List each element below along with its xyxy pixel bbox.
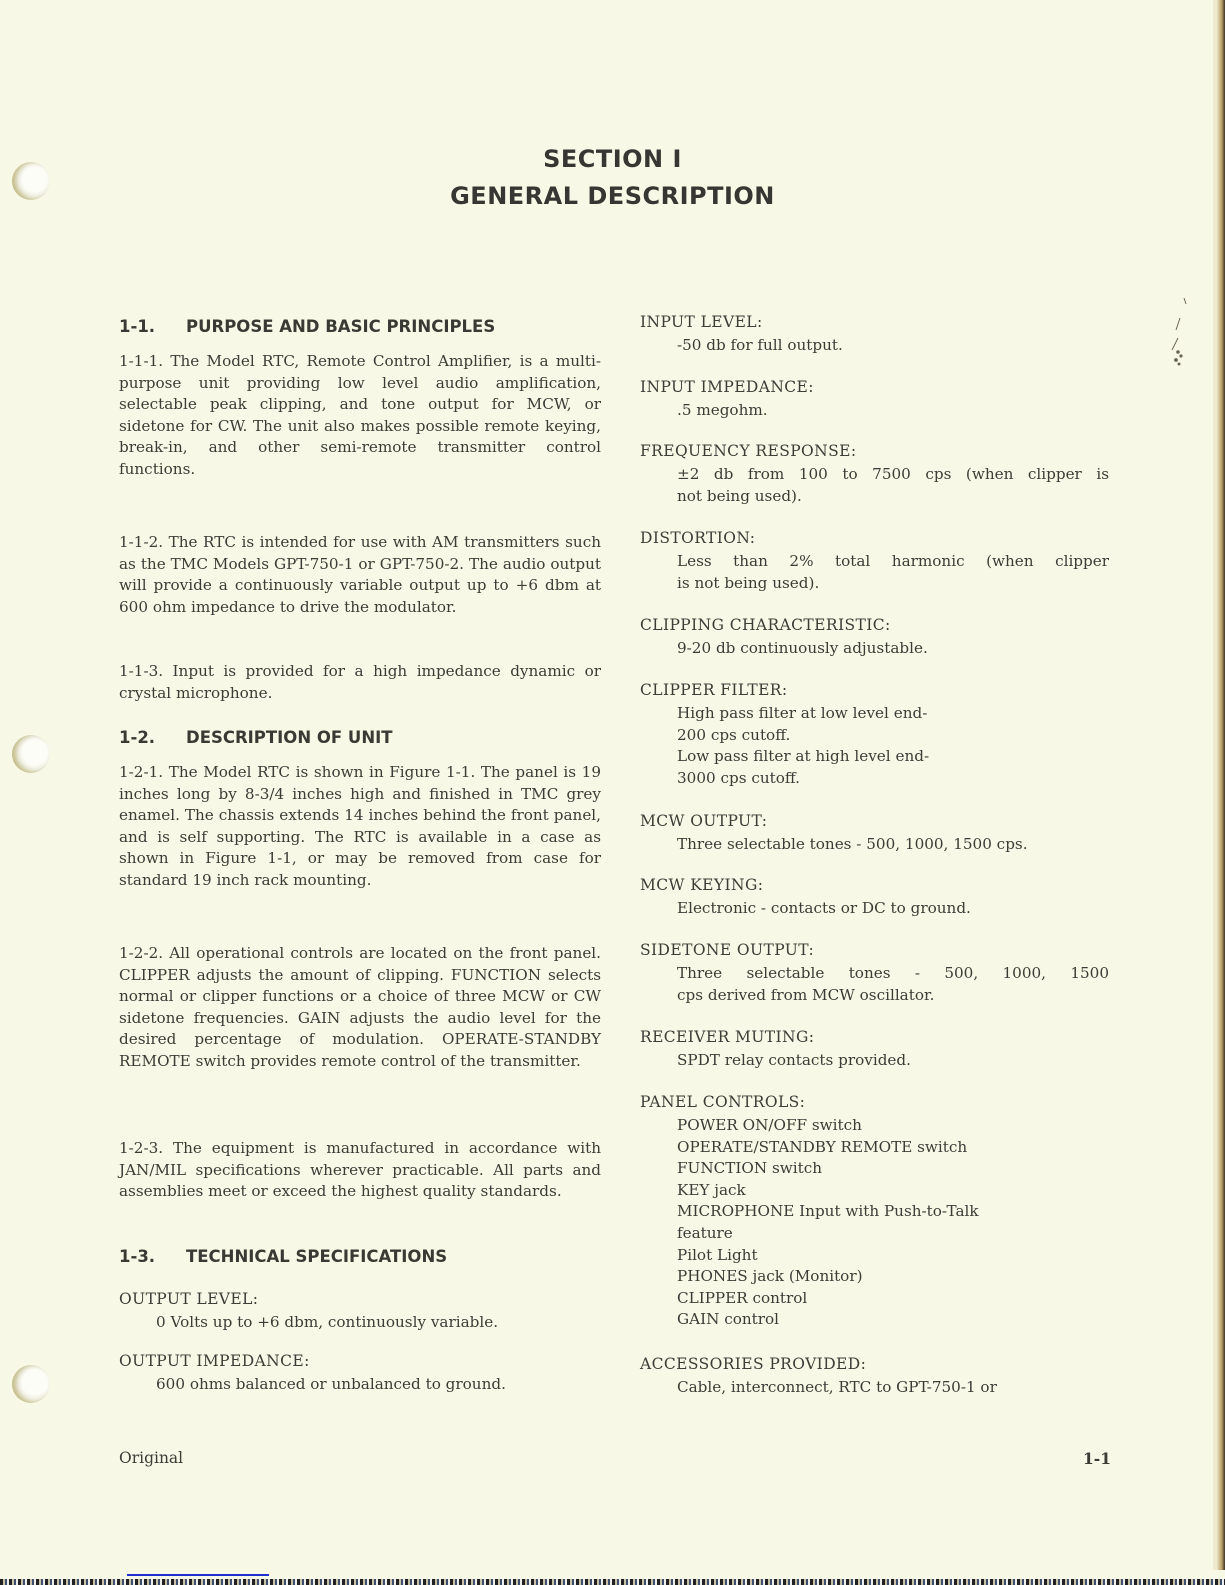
spec-value-line: 3000 cps cutoff.: [677, 768, 1117, 790]
spec-label: CLIPPING CHARACTERISTIC:: [640, 616, 891, 634]
paragraph-1-1-3: 1-1-3. Input is provided for a high impe…: [119, 661, 601, 704]
spec-value: -50 db for full output.: [677, 335, 1117, 357]
binder-hole-middle: [12, 735, 50, 773]
spec-value-line: is not being used).: [677, 573, 1109, 595]
spec-label: INPUT LEVEL:: [640, 313, 763, 331]
spec-value-line: High pass filter at low level end-: [677, 703, 1117, 725]
spec-label: DISTORTION:: [640, 529, 755, 547]
paragraph-1-1-1: 1-1-1. The Model RTC, Remote Control Amp…: [119, 351, 601, 481]
spec-value: Three selectable tones - 500, 1000, 1500…: [677, 834, 1117, 856]
spec-value: ±2 db from 100 to 7500 cps (when clipper…: [677, 464, 1109, 507]
section-title: GENERAL DESCRIPTION: [0, 182, 1225, 210]
spec-value: SPDT relay contacts provided.: [677, 1050, 1117, 1072]
spec-value: 9-20 db continuously adjustable.: [677, 638, 1117, 660]
spec-value: POWER ON/OFF switchOPERATE/STANDBY REMOT…: [677, 1115, 1117, 1331]
spec-value: .5 megohm.: [677, 400, 1117, 422]
spec-value-line: OPERATE/STANDBY REMOTE switch: [677, 1137, 1117, 1159]
spec-label: SIDETONE OUTPUT:: [640, 941, 814, 959]
spec-value-line: Three selectable tones - 500, 1000, 1500…: [677, 834, 1117, 856]
spec-value-line: KEY jack: [677, 1180, 1117, 1202]
heading-technical-specifications: 1-3.TECHNICAL SPECIFICATIONS: [119, 1247, 447, 1266]
heading-number: 1-2.: [119, 728, 186, 747]
spec-value-line: CLIPPER control: [677, 1288, 1117, 1310]
scan-marker-line: [127, 1574, 269, 1576]
heading-description: 1-2.DESCRIPTION OF UNIT: [119, 728, 393, 747]
spec-value-line: 9-20 db continuously adjustable.: [677, 638, 1117, 660]
ink-specks: [1166, 290, 1190, 374]
heading-text: PURPOSE AND BASIC PRINCIPLES: [186, 317, 495, 336]
spec-value-line: 200 cps cutoff.: [677, 725, 1117, 747]
page-number: 1-1: [1083, 1449, 1111, 1468]
spec-value-line: Cable, interconnect, RTC to GPT-750-1 or: [677, 1377, 1117, 1399]
binder-hole-bottom: [12, 1365, 50, 1403]
page-edge-shadow: [1217, 0, 1225, 1570]
heading-number: 1-3.: [119, 1247, 186, 1266]
spec-value-line: .5 megohm.: [677, 400, 1117, 422]
spec-label: ACCESSORIES PROVIDED:: [640, 1355, 866, 1373]
spec-value-line: Less than 2% total harmonic (when clippe…: [677, 551, 1109, 573]
spec-value-line: Pilot Light: [677, 1245, 1117, 1267]
spec-label: MCW OUTPUT:: [640, 812, 767, 830]
spec-label: OUTPUT LEVEL:: [119, 1290, 258, 1308]
spec-label: FREQUENCY RESPONSE:: [640, 442, 856, 460]
spec-value-line: Three selectable tones - 500, 1000, 1500: [677, 963, 1109, 985]
heading-purpose: 1-1.PURPOSE AND BASIC PRINCIPLES: [119, 317, 495, 336]
spec-value-line: -50 db for full output.: [677, 335, 1117, 357]
spec-label: OUTPUT IMPEDANCE:: [119, 1352, 310, 1370]
footer-revision: Original: [119, 1449, 183, 1467]
paragraph-1-2-1: 1-2-1. The Model RTC is shown in Figure …: [119, 762, 601, 892]
paragraph-1-2-2: 1-2-2. All operational controls are loca…: [119, 943, 601, 1073]
spec-value-line: cps derived from MCW oscillator.: [677, 985, 1109, 1007]
heading-text: TECHNICAL SPECIFICATIONS: [186, 1247, 447, 1266]
spec-value: Electronic - contacts or DC to ground.: [677, 898, 1117, 920]
spec-value-line: MICROPHONE Input with Push-to-Talk: [677, 1201, 1117, 1223]
paragraph-1-1-2: 1-1-2. The RTC is intended for use with …: [119, 532, 601, 618]
spec-value-line: FUNCTION switch: [677, 1158, 1117, 1180]
spec-value-line: PHONES jack (Monitor): [677, 1266, 1117, 1288]
spec-value: High pass filter at low level end-200 cp…: [677, 703, 1117, 789]
spec-value: 600 ohms balanced or unbalanced to groun…: [156, 1374, 596, 1396]
spec-label: MCW KEYING:: [640, 876, 763, 894]
spec-label: PANEL CONTROLS:: [640, 1093, 805, 1111]
spec-value-line: Electronic - contacts or DC to ground.: [677, 898, 1117, 920]
spec-label: RECEIVER MUTING:: [640, 1028, 814, 1046]
spec-value-line: 600 ohms balanced or unbalanced to groun…: [156, 1374, 596, 1396]
heading-number: 1-1.: [119, 317, 186, 336]
spec-value: Three selectable tones - 500, 1000, 1500…: [677, 963, 1109, 1006]
section-number: SECTION I: [0, 145, 1225, 173]
spec-label: CLIPPER FILTER:: [640, 681, 788, 699]
spec-value-line: SPDT relay contacts provided.: [677, 1050, 1117, 1072]
heading-text: DESCRIPTION OF UNIT: [186, 728, 393, 747]
spec-value-line: feature: [677, 1223, 1117, 1245]
spec-value: Less than 2% total harmonic (when clippe…: [677, 551, 1109, 594]
spec-value-line: POWER ON/OFF switch: [677, 1115, 1117, 1137]
spec-value-line: 0 Volts up to +6 dbm, continuously varia…: [156, 1312, 596, 1334]
spec-value-line: GAIN control: [677, 1309, 1117, 1331]
spec-value: 0 Volts up to +6 dbm, continuously varia…: [156, 1312, 596, 1334]
spec-value-line: ±2 db from 100 to 7500 cps (when clipper…: [677, 464, 1109, 486]
spec-value-line: Low pass filter at high level end-: [677, 746, 1117, 768]
spec-value: Cable, interconnect, RTC to GPT-750-1 or: [677, 1377, 1117, 1399]
scan-edge-strip: [0, 1579, 1225, 1585]
spec-label: INPUT IMPEDANCE:: [640, 378, 814, 396]
paragraph-1-2-3: 1-2-3. The equipment is manufactured in …: [119, 1138, 601, 1203]
spec-value-line: not being used).: [677, 486, 1109, 508]
